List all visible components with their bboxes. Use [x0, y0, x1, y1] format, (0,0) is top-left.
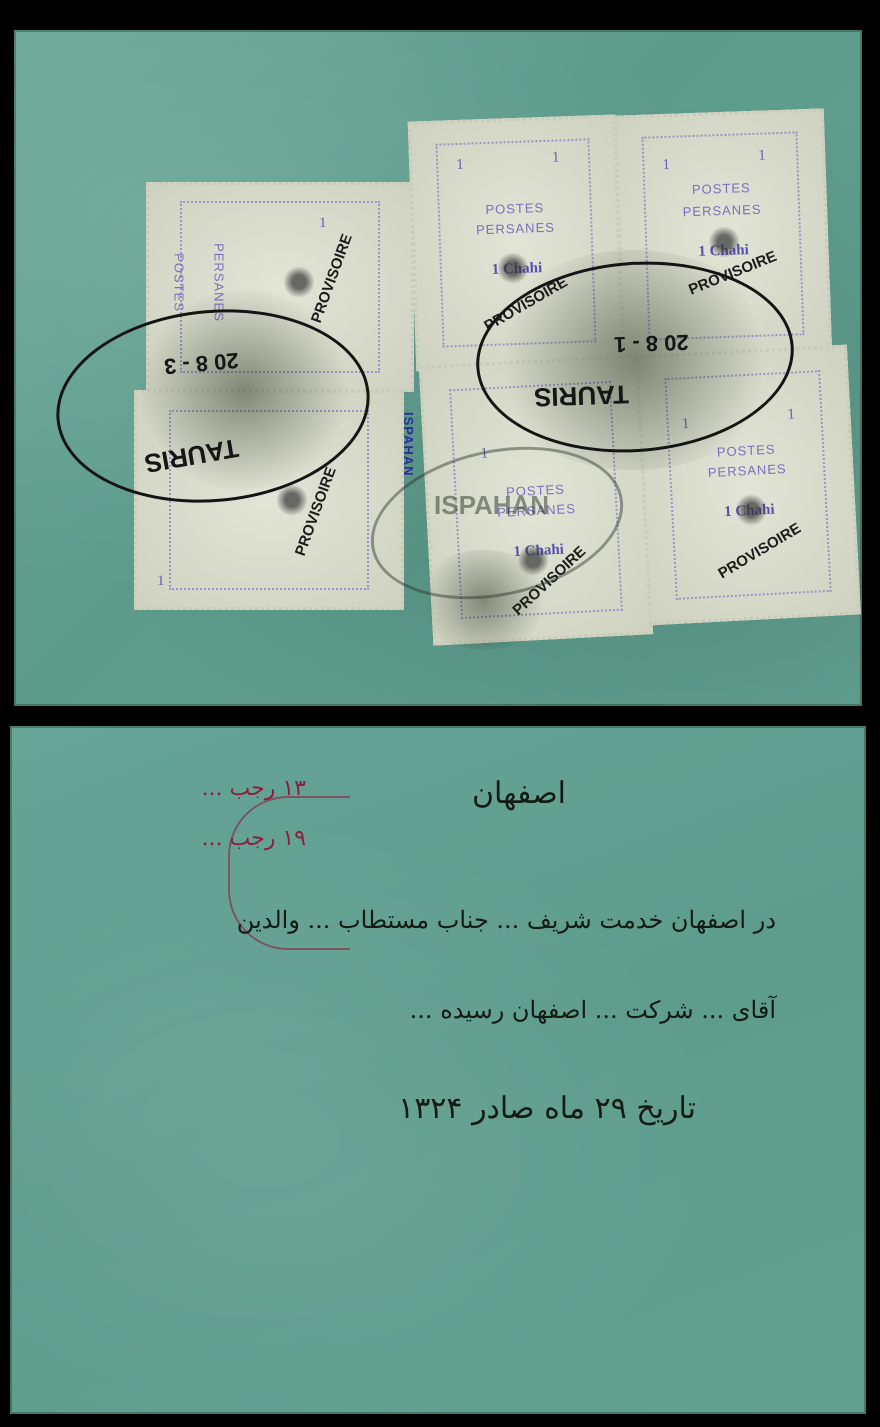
envelope-front: 1 POSTES PERSANES PROVISOIRE 1 PROVISOIR… [14, 30, 862, 706]
handwritten-line: در اصفهان خدمت شریف ... جناب مستطاب ... … [237, 906, 776, 934]
envelope-back: اصفهان ۱۳ رجب ... ۱۹ رجب ... در اصفهان خ… [10, 726, 866, 1414]
handwritten-date: تاریخ ۲۹ ماه صادر ۱۳۲۴ [398, 1091, 696, 1126]
handwritten-line: آقای ... شرکت ... اصفهان رسیده ... [410, 996, 776, 1024]
blue-handstamp: ISPAHAN [401, 412, 416, 477]
handwritten-city: اصفهان [472, 776, 566, 811]
